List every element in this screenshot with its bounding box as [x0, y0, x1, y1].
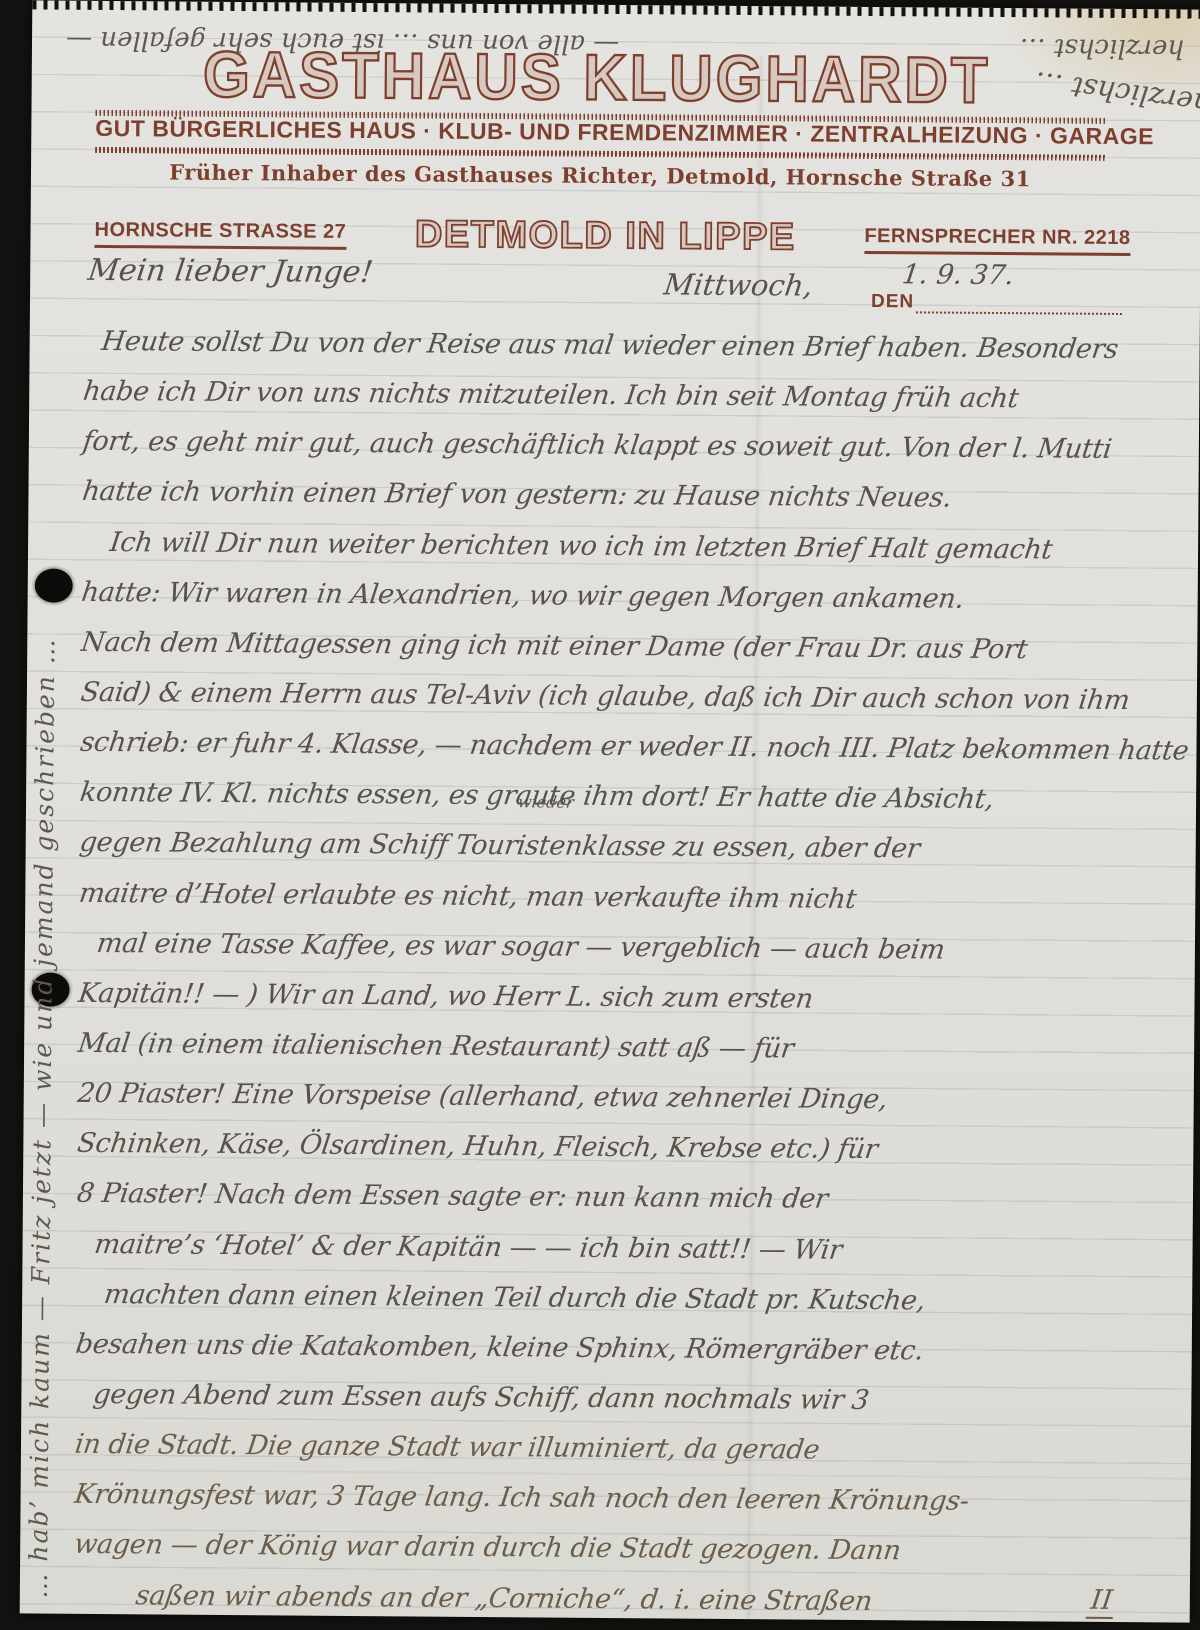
street-address: HORNSCHE STRASSE 27 — [94, 219, 346, 250]
body-line: hatte: Wir waren in Alexandrien, wo wir … — [78, 568, 1169, 627]
date-dotted-line — [916, 291, 1122, 315]
body-line: habe ich Dir von uns nichts mitzuteilen.… — [80, 367, 1171, 426]
body-line: Nach dem Mittagessen ging ich mit einer … — [78, 618, 1169, 677]
body-line: hatte ich vorhin einen Brief von gestern… — [79, 467, 1170, 526]
body-line: 8 Piaster! Nach dem Essen sagte er: nun … — [74, 1169, 1165, 1228]
date-label: DEN — [871, 291, 914, 313]
body-line: 20 Piaster! Eine Vorspeise (allerhand, e… — [74, 1069, 1165, 1128]
body-line: Said) & einem Herrn aus Tel-Aviv (ich gl… — [78, 668, 1169, 727]
body-line: maitre’s ‘Hotel’ & der Kapitän — — ich b… — [73, 1219, 1164, 1278]
body-line: Heute sollst Du von der Reise aus mal wi… — [80, 317, 1171, 376]
body-line: wagen — der König war darin durch die St… — [71, 1520, 1162, 1579]
body-line: maitre d’Hotel erlaubte es nicht, man ve… — [76, 868, 1167, 927]
letterhead-title: GASTHAUS KLUGHARDT — [31, 36, 1162, 119]
body-line: fort, es geht mir gut, auch geschäftlich… — [80, 417, 1171, 476]
scanned-letter-page: herzlichst … — alle von uns … ist euch s… — [0, 0, 1200, 1630]
address-row: HORNSCHE STRASSE 27 DETMOLD IN LIPPE FER… — [94, 205, 1130, 256]
letter-body: Heute sollst Du von der Reise aus mal wi… — [74, 317, 1168, 1623]
city-name: DETMOLD IN LIPPE — [415, 213, 796, 259]
body-line: Mal (in einem italienischen Restaurant) … — [75, 1019, 1166, 1078]
body-line: Krönungsfest war, 3 Tage lang. Ich sah n… — [71, 1470, 1162, 1529]
body-line: besahen uns die Katakomben, kleine Sphin… — [73, 1320, 1164, 1379]
body-line: Ich will Dir nun weiter berichten wo ich… — [79, 517, 1170, 576]
former-owner-line: Früher Inhaber des Gasthauses Richter, D… — [95, 159, 1105, 192]
body-line: gegen Abend zum Essen aufs Schiff, dann … — [72, 1370, 1163, 1429]
body-line: Kapitän!! — ) Wir an Land, wo Herr L. si… — [75, 969, 1166, 1028]
salutation: Mein lieber Junge! — [86, 253, 375, 290]
interlinear-insertion: wieder — [517, 792, 575, 811]
body-line: saßen wir abends an der „Corniche“, d. i… — [71, 1570, 1162, 1622]
body-line: gegen Bezahlung am Schiff Touristenklass… — [76, 818, 1167, 877]
body-line: schrieb: er fuhr 4. Klasse, — nachdem er… — [77, 718, 1168, 777]
page-number: II — [1086, 1585, 1118, 1619]
left-margin-note: … hab’ mich kaum — Fritz jetzt — wie und… — [24, 98, 65, 1598]
body-line: konnte IV. Kl. nichts essen, es graute i… — [77, 768, 1168, 827]
weekday: Mittwoch, — [662, 267, 815, 302]
body-line: mal eine Tasse Kaffee, es war sogar — ve… — [76, 919, 1167, 978]
body-line: in die Stadt. Die ganze Stadt war illumi… — [72, 1420, 1163, 1479]
phone-number: FERNSPRECHER NR. 2218 — [864, 225, 1130, 256]
letter-paper: herzlichst … — alle von uns … ist euch s… — [20, 0, 1200, 1622]
body-line: Schinken, Käse, Ölsardinen, Huhn, Fleisc… — [74, 1119, 1165, 1178]
handwritten-date: 1. 9. 37. — [900, 259, 1016, 291]
date-line: DEN — [871, 291, 1122, 315]
hatched-rule-bottom — [95, 147, 1105, 161]
body-line: machten dann einen kleinen Teil durch di… — [73, 1270, 1164, 1329]
